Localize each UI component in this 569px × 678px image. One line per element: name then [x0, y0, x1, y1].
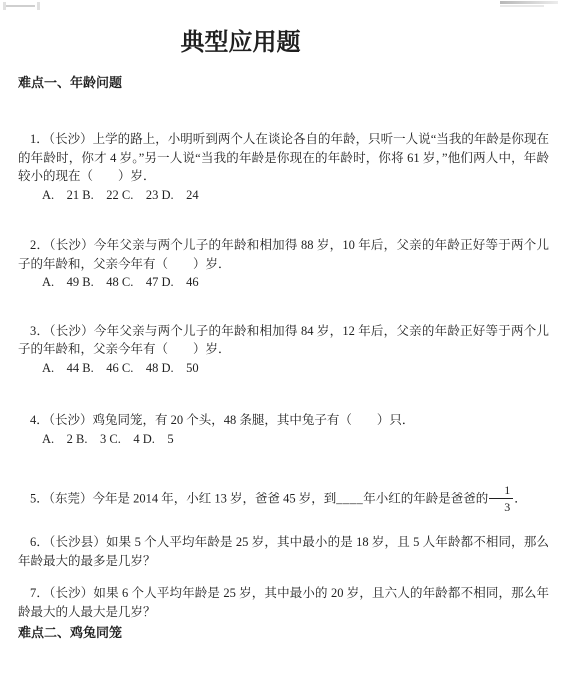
artifact-bar — [500, 5, 544, 7]
fraction-denominator: 3 — [489, 499, 513, 513]
problem-body: （长沙县）如果 5 个人平均年龄是 25 岁，其中最小的是 18 岁，且 5 人… — [18, 535, 549, 568]
problem-7-text: 7．（长沙）如果 6 个人平均年龄是 25 岁，其中最小的 20 岁，且六人的年… — [18, 584, 549, 621]
artifact-bar — [500, 1, 558, 4]
problem-body: （长沙）今年父亲与两个儿子的年龄和相加得 84 岁，12 年后，父亲的年龄正好等… — [18, 324, 549, 357]
problem-body-after: ． — [514, 491, 527, 505]
section-heading-age-problems: 难点一、年龄问题 — [18, 74, 549, 92]
problem-1-options: A. 21 B. 22 C. 23 D. 24 — [42, 186, 549, 205]
document-page: 典型应用题 难点一、年龄问题 1．（长沙）上学的路上，小明听到两个人在谈论各自的… — [0, 0, 569, 678]
problem-number: 3． — [30, 324, 49, 338]
problem-1: 1．（长沙）上学的路上，小明听到两个人在谈论各自的年龄，只听一人说“当我的年龄是… — [18, 130, 549, 204]
problem-1-text: 1．（长沙）上学的路上，小明听到两个人在谈论各自的年龄，只听一人说“当我的年龄是… — [18, 130, 549, 186]
problem-5: 5．（东莞）今年是 2014 年，小红 13 岁，爸爸 45 岁，到____年小… — [18, 484, 549, 515]
problem-3-text: 3．（长沙）今年父亲与两个儿子的年龄和相加得 84 岁，12 年后，父亲的年龄正… — [18, 322, 549, 359]
problem-number: 4． — [30, 413, 49, 427]
fraction-numerator: 1 — [489, 484, 513, 499]
fill-in-blank: ____ — [336, 491, 363, 505]
problem-6: 6．（长沙县）如果 5 个人平均年龄是 25 岁，其中最小的是 18 岁，且 5… — [18, 533, 549, 570]
problem-number: 1． — [30, 132, 49, 146]
problem-3: 3．（长沙）今年父亲与两个儿子的年龄和相加得 84 岁，12 年后，父亲的年龄正… — [18, 322, 549, 378]
problem-number: 5． — [30, 491, 49, 505]
problem-body: （长沙）今年父亲与两个儿子的年龄和相加得 88 岁，10 年后，父亲的年龄正好等… — [18, 238, 549, 271]
problem-body-before: （东莞）今年是 2014 年，小红 13 岁，爸爸 45 岁，到 — [49, 491, 337, 505]
problem-5-text: 5．（东莞）今年是 2014 年，小红 13 岁，爸爸 45 岁，到____年小… — [18, 484, 549, 515]
artifact-cap — [37, 2, 40, 10]
problem-4-text: 4．（长沙）鸡兔同笼，有 20 个头，48 条腿，其中兔子有（ ）只． — [18, 411, 549, 430]
problem-4: 4．（长沙）鸡兔同笼，有 20 个头，48 条腿，其中兔子有（ ）只． A. 2… — [18, 411, 549, 448]
problem-7: 7．（长沙）如果 6 个人平均年龄是 25 岁，其中最小的 20 岁，且六人的年… — [18, 584, 549, 621]
section-heading-chicken-rabbit: 难点二、鸡兔同笼 — [18, 624, 549, 642]
problem-body: （长沙）如果 6 个人平均年龄是 25 岁，其中最小的 20 岁，且六人的年龄都… — [18, 586, 549, 619]
problem-2: 2．（长沙）今年父亲与两个儿子的年龄和相加得 88 岁，10 年后，父亲的年龄正… — [18, 236, 549, 292]
problem-4-options: A. 2 B. 3 C. 4 D. 5 — [42, 430, 549, 449]
problem-number: 2． — [30, 238, 49, 252]
problem-2-options: A. 49 B. 48 C. 47 D. 46 — [42, 273, 549, 292]
problem-body: （长沙）上学的路上，小明听到两个人在谈论各自的年龄，只听一人说“当我的年龄是你现… — [18, 132, 549, 183]
document-title: 典型应用题 — [18, 26, 549, 60]
problem-3-options: A. 44 B. 46 C. 48 D. 50 — [42, 359, 549, 378]
scroll-artifact-right-icon — [500, 0, 560, 8]
problem-body: （长沙）鸡兔同笼，有 20 个头，48 条腿，其中兔子有（ ）只． — [49, 413, 415, 427]
fraction-one-third: 13 — [489, 484, 513, 513]
problem-6-text: 6．（长沙县）如果 5 个人平均年龄是 25 岁，其中最小的是 18 岁，且 5… — [18, 533, 549, 570]
scroll-artifact-left-icon — [3, 2, 40, 10]
problem-number: 7． — [30, 586, 49, 600]
artifact-bar — [6, 5, 35, 7]
problem-body-middle: 年小红的年龄是爸爸的 — [363, 491, 488, 505]
problem-2-text: 2．（长沙）今年父亲与两个儿子的年龄和相加得 88 岁，10 年后，父亲的年龄正… — [18, 236, 549, 273]
problem-number: 6． — [30, 535, 49, 549]
